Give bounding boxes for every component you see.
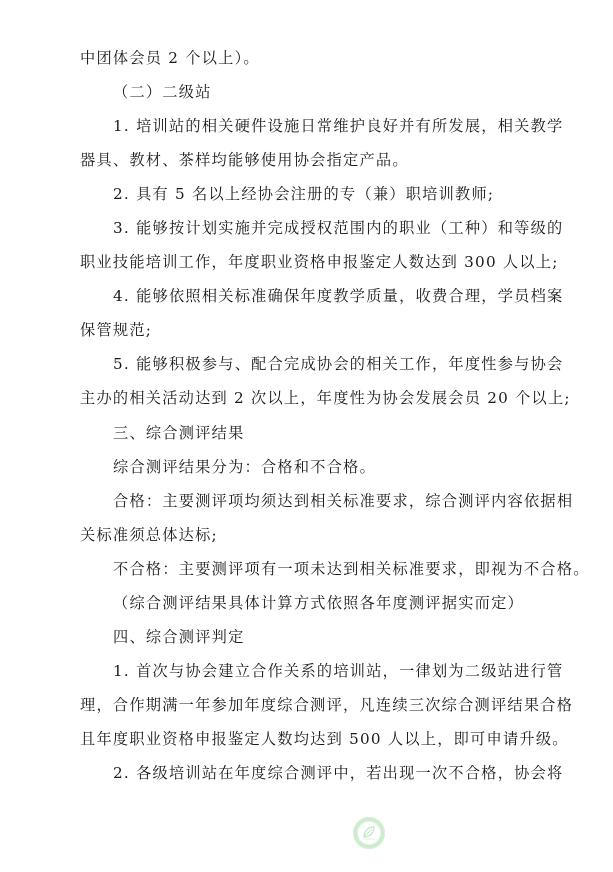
text-line: 职业技能培训工作，年度职业资格申报鉴定人数达到 300 人以上; <box>80 245 532 279</box>
document-page: 中团体会员 2 个以上）。 （二）二级站 1. 培训站的相关硬件设施日常维护良好… <box>0 0 613 872</box>
text-line: 1. 首次与协会建立合作关系的培训站，一律划为二级站进行管 <box>80 654 532 688</box>
section-heading: 四、综合测评判定 <box>80 620 532 654</box>
document-body: 中团体会员 2 个以上）。 （二）二级站 1. 培训站的相关硬件设施日常维护良好… <box>80 41 532 790</box>
text-line: 5. 能够积极参与、配合完成协会的相关工作，年度性参与协会 <box>80 347 532 381</box>
text-line: 1. 培训站的相关硬件设施日常维护良好并有所发展，相关教学 <box>80 109 532 143</box>
section-heading: （二）二级站 <box>80 75 532 109</box>
section-heading: 三、综合测评结果 <box>80 416 532 450</box>
text-line: 器具、教材、茶样均能够使用协会指定产品。 <box>80 143 532 177</box>
text-line: 中团体会员 2 个以上）。 <box>80 41 532 75</box>
text-line: 综合测评结果分为：合格和不合格。 <box>80 450 532 484</box>
text-line: 保管规范; <box>80 313 532 347</box>
text-line: 关标准须总体达标; <box>80 518 532 552</box>
text-line: 且年度职业资格申报鉴定人数均达到 500 人以上，即可申请升级。 <box>80 722 532 756</box>
leaf-seal-icon <box>353 817 385 849</box>
text-line: 2. 具有 5 名以上经协会注册的专（兼）职培训教师; <box>80 177 532 211</box>
text-line: 不合格：主要测评项有一项未达到相关标准要求，即视为不合格。 <box>80 552 532 586</box>
text-line: 2. 各级培训站在年度综合测评中，若出现一次不合格，协会将 <box>80 756 532 790</box>
text-line: 理，合作期满一年参加年度综合测评，凡连续三次综合测评结果合格 <box>80 688 532 722</box>
text-line: 4. 能够依照相关标准确保年度教学质量，收费合理，学员档案 <box>80 279 532 313</box>
text-line: 3. 能够按计划实施并完成授权范围内的职业（工种）和等级的 <box>80 211 532 245</box>
text-line: 主办的相关活动达到 2 次以上，年度性为协会发展会员 20 个以上; <box>80 381 532 415</box>
text-line: 合格：主要测评项均须达到相关标准要求，综合测评内容依据相 <box>80 484 532 518</box>
text-line: （综合测评结果具体计算方式依照各年度测评据实而定） <box>80 586 532 620</box>
